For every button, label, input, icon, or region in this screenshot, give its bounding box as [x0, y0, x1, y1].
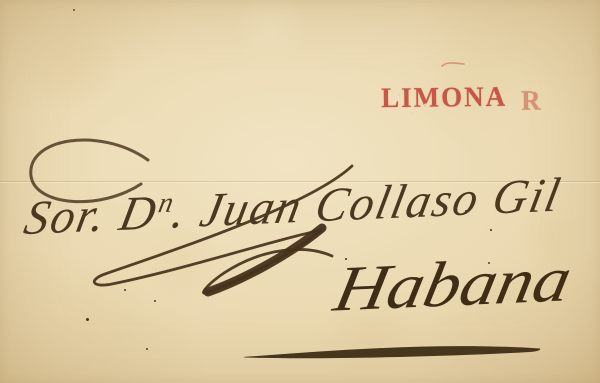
speck [465, 210, 467, 212]
letter-cover: LIMONAR Sor. Dn. Juan Collaso Gil Habana [0, 0, 600, 383]
speck [490, 229, 492, 231]
flourish-h-entry [208, 228, 322, 292]
address-prefix: Sor. D [20, 186, 163, 245]
handwritten-address: Sor. Dn. Juan Collaso Gil Habana [0, 0, 600, 383]
speck [73, 9, 75, 11]
speck [154, 300, 156, 302]
speck [86, 318, 89, 321]
underline-flourish [243, 346, 540, 358]
address-line: Sor. Dn. Juan Collaso Gil [20, 168, 566, 245]
speck [124, 289, 126, 291]
speck [345, 258, 347, 260]
speck [146, 348, 148, 350]
address-rest: . Juan Collaso Gil [168, 168, 567, 239]
speck [488, 262, 490, 264]
destination-text: Habana [327, 244, 577, 326]
